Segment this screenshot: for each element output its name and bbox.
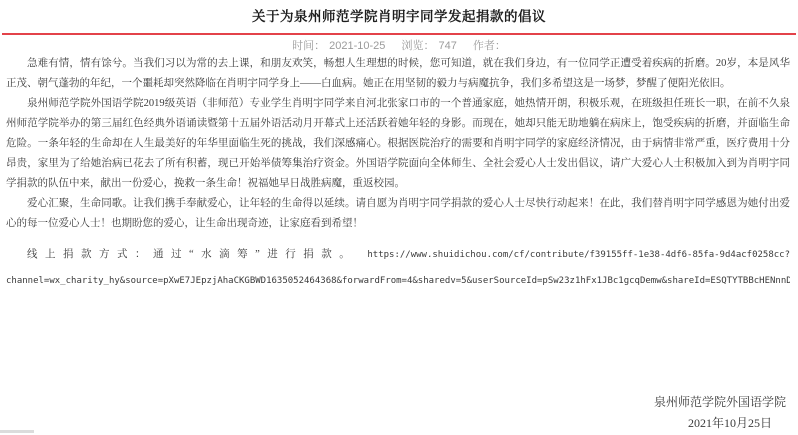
article-meta: 时间：2021-10-25 浏览：747 作者： — [0, 40, 798, 53]
article-page: 关于为泉州师范学院肖明宇同学发起捐款的倡议 时间：2021-10-25 浏览：7… — [0, 8, 798, 294]
body-paragraph-1: 急难有情，情有馀兮。当我们习以为常的去上课，和朋友欢笑，畅想人生理想的时候，您可… — [6, 54, 790, 94]
scrollbar-fragment — [0, 430, 34, 433]
donation-method-text: 线上捐款方式：通过“水滴筹”进行捐款。 — [27, 249, 357, 260]
meta-views-label: 浏览： — [401, 40, 434, 52]
signature-block: 泉州师范学院外国语学院 2021年10月25日 — [654, 392, 786, 434]
title-divider — [2, 33, 796, 35]
meta-author-label: 作者： — [473, 40, 506, 52]
meta-views-value: 747 — [438, 40, 456, 52]
signature-date: 2021年10月25日 — [654, 413, 786, 434]
meta-time-value: 2021-10-25 — [329, 40, 385, 52]
donation-paragraph: 线上捐款方式：通过“水滴筹”进行捐款。 https://www.shuidich… — [6, 242, 790, 294]
body-paragraph-3: 爱心汇聚，生命同歌。让我们携手奉献爱心，让年轻的生命得以延续。请自愿为肖明宇同学… — [6, 194, 790, 234]
article-body: 急难有情，情有馀兮。当我们习以为常的去上课，和朋友欢笑，畅想人生理想的时候，您可… — [6, 54, 790, 294]
page-title: 关于为泉州师范学院肖明宇同学发起捐款的倡议 — [8, 8, 790, 26]
meta-time-label: 时间： — [292, 40, 325, 52]
body-paragraph-2: 泉州师范学院外国语学院2019级英语（非师范）专业学生肖明宇同学来自河北张家口市… — [6, 94, 790, 194]
signature-org: 泉州师范学院外国语学院 — [654, 392, 786, 413]
